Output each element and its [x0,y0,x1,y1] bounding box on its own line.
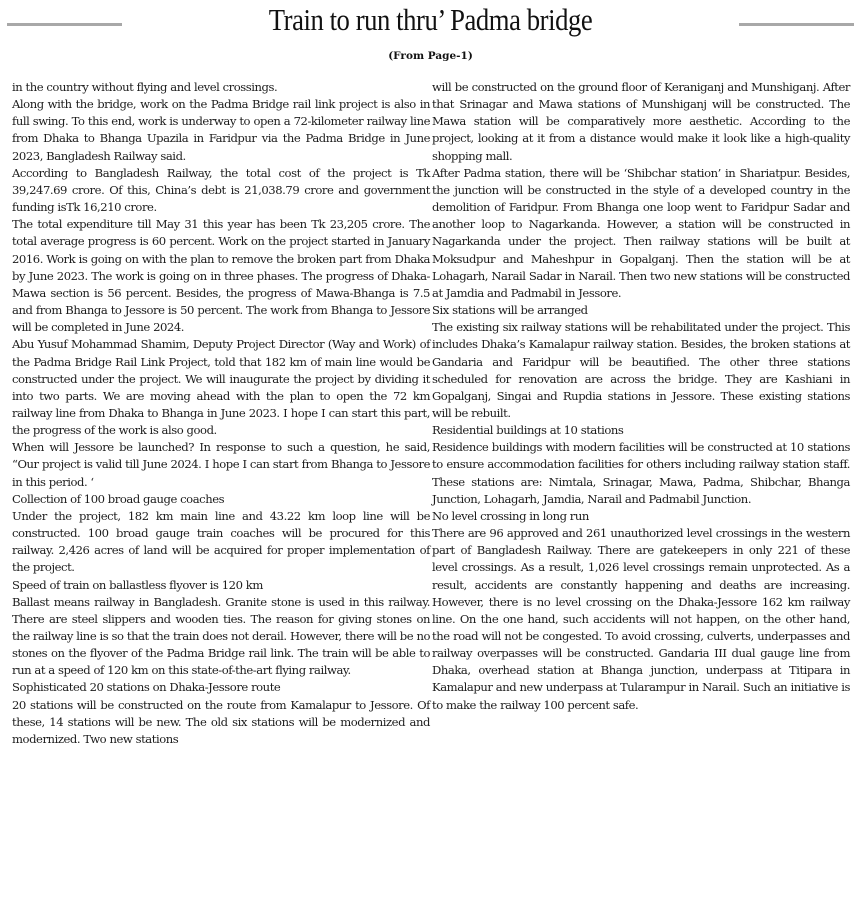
subheading: Speed of train on ballastless flyover is… [12,577,430,594]
paragraph: Along with the bridge, work on the Padma… [12,96,430,165]
paragraph: According to Bangladesh Railway, the tot… [12,165,430,216]
title-rule-right [739,23,854,26]
paragraph: After Padma station, there will be ‘Shib… [432,165,850,302]
paragraph: Residence buildings with modern faciliti… [432,439,850,508]
paragraph: 20 stations will be constructed on the r… [12,697,430,748]
paragraph: There are 96 approved and 261 unauthoriz… [432,525,850,714]
continuation-note: (From Page-1) [0,50,861,62]
subheading: Residential buildings at 10 stations [432,422,850,439]
article-column-right: will be constructed on the ground floor … [432,79,850,714]
paragraph: Abu Yusuf Mohammad Shamim, Deputy Projec… [12,336,430,439]
paragraph: When will Jessore be launched? In respon… [12,439,430,490]
subheading: No level crossing in long run [432,508,850,525]
article-header: Train to run thru’ Padma bridge (From Pa… [0,0,861,80]
subheading: Sophisticated 20 stations on Dhaka-Jesso… [12,679,430,696]
paragraph: Ballast means railway in Bangladesh. Gra… [12,594,430,680]
article-title: Train to run thru’ Padma bridge [60,2,800,38]
paragraph: The existing six railway stations will b… [432,319,850,422]
subheading: Collection of 100 broad gauge coaches [12,491,430,508]
paragraph: will be constructed on the ground floor … [432,79,850,165]
paragraph: in the country without flying and level … [12,79,430,96]
paragraph: The total expenditure till May 31 this y… [12,216,430,336]
subheading: Six stations will be arranged [432,302,850,319]
article-column-left: in the country without flying and level … [12,79,430,748]
paragraph: Under the project, 182 km main line and … [12,508,430,577]
